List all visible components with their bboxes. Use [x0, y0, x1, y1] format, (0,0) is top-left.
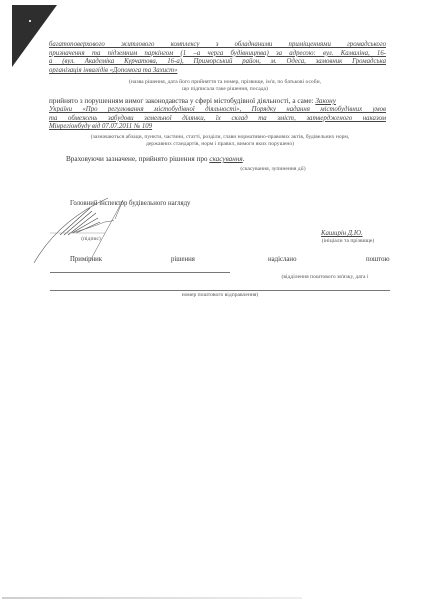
mail-word-decision: рішення — [171, 255, 195, 264]
signer-name-caption: (ініціали та прізвище) — [318, 238, 378, 245]
conclusion-end: . — [243, 155, 245, 163]
norms-caption-line2: державних стандартів, норм і правил, вим… — [52, 141, 388, 148]
mail-word-copy: Примірник — [70, 255, 102, 264]
post-caption-2: номер поштового відправлення) — [160, 292, 280, 299]
norms-caption: (зазначаються абзаци, пункти, частини, с… — [52, 134, 388, 147]
scan-artifact — [29, 20, 31, 22]
norms-caption-line1: (зазначаються абзаци, пункти, частини, с… — [52, 134, 388, 141]
conclusion-value: скасування — [209, 155, 242, 163]
signature-caption: (підпис) — [76, 236, 106, 243]
object-description-line: а (вул. Академіка Курчатова, 16-а), Прим… — [49, 58, 386, 67]
conclusion-text: Враховуючи зазначене, прийнято рішення п… — [66, 155, 208, 163]
violation-line: Мінрегіонбуду від 07.07.2011 № 109 — [49, 123, 386, 132]
decision-caption-line1: (назва рішення, дата його прийняття та н… — [110, 79, 340, 86]
post-office-line — [50, 272, 230, 273]
post-number-line — [50, 290, 390, 291]
object-description-line: призначення та підземним паркінгом (1 –а… — [49, 50, 386, 59]
violation-intro-line: прийнято з порушенням вимог законодавств… — [49, 97, 389, 106]
scan-edge — [2, 597, 302, 599]
violation-intro: прийнято з порушенням вимог законодавств… — [49, 97, 314, 105]
action-caption: (скасування, зупинення дії) — [218, 166, 328, 173]
post-caption-1: (відділення поштового зв'язку, дата і — [255, 274, 395, 281]
conclusion-line: Враховуючи зазначене, прийнято рішення п… — [66, 155, 245, 164]
violation-line: України «Про регулювання містобудівної д… — [49, 106, 386, 115]
mail-word-post: поштою — [366, 255, 390, 264]
signer-name: Каширін Д.Ю. — [321, 229, 363, 238]
object-description: багатоповерхового житлового комплексу з … — [49, 41, 386, 76]
violation-reference: України «Про регулювання містобудівної д… — [49, 106, 386, 132]
decision-caption: (назва рішення, дата його прийняття та н… — [110, 79, 340, 92]
object-description-line: організація інвалідів «Допомога та Захис… — [49, 67, 386, 76]
violation-line: та обмежень забудови земельної ділянки, … — [49, 115, 386, 124]
violation-ref-start: Закону — [315, 97, 336, 105]
object-description-line: багатоповерхового житлового комплексу з … — [49, 41, 386, 50]
mail-word-sent: надіслано — [268, 255, 296, 264]
decision-caption-line2: що підписала таке рішення, посада) — [110, 86, 340, 93]
